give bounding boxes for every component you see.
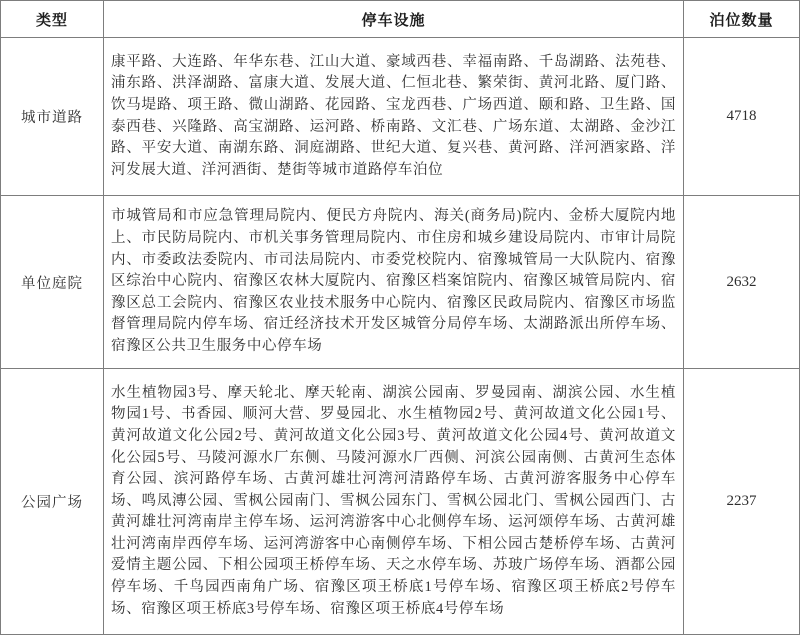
row-type-park-squares: 公园广场 bbox=[1, 369, 104, 635]
table-row: 公园广场 水生植物园3号、摩天轮北、摩天轮南、湖滨公园南、罗曼园南、湖滨公园、水… bbox=[1, 369, 800, 635]
row-facilities-park-squares: 水生植物园3号、摩天轮北、摩天轮南、湖滨公园南、罗曼园南、湖滨公园、水生植物园1… bbox=[104, 369, 684, 635]
row-count-urban-roads: 4718 bbox=[684, 38, 800, 196]
row-type-urban-roads: 城市道路 bbox=[1, 38, 104, 196]
parking-facility-table: 类型 停车设施 泊位数量 城市道路 康平路、大连路、年华东巷、江山大道、豪域西巷… bbox=[0, 0, 800, 635]
table-row: 单位庭院 市城管局和市应急管理局院内、便民方舟院内、海关(商务局)院内、金桥大厦… bbox=[1, 196, 800, 369]
row-count-unit-courtyards: 2632 bbox=[684, 196, 800, 369]
column-header-count: 泊位数量 bbox=[684, 1, 800, 38]
row-facilities-urban-roads: 康平路、大连路、年华东巷、江山大道、豪域西巷、幸福南路、千岛湖路、法苑巷、浦东路… bbox=[104, 38, 684, 196]
row-type-unit-courtyards: 单位庭院 bbox=[1, 196, 104, 369]
table-header-row: 类型 停车设施 泊位数量 bbox=[1, 1, 800, 38]
column-header-facility: 停车设施 bbox=[104, 1, 684, 38]
table-row: 城市道路 康平路、大连路、年华东巷、江山大道、豪域西巷、幸福南路、千岛湖路、法苑… bbox=[1, 38, 800, 196]
column-header-type: 类型 bbox=[1, 1, 104, 38]
parking-facility-page: 类型 停车设施 泊位数量 城市道路 康平路、大连路、年华东巷、江山大道、豪域西巷… bbox=[0, 0, 800, 639]
row-facilities-unit-courtyards: 市城管局和市应急管理局院内、便民方舟院内、海关(商务局)院内、金桥大厦院内地上、… bbox=[104, 196, 684, 369]
row-count-park-squares: 2237 bbox=[684, 369, 800, 635]
